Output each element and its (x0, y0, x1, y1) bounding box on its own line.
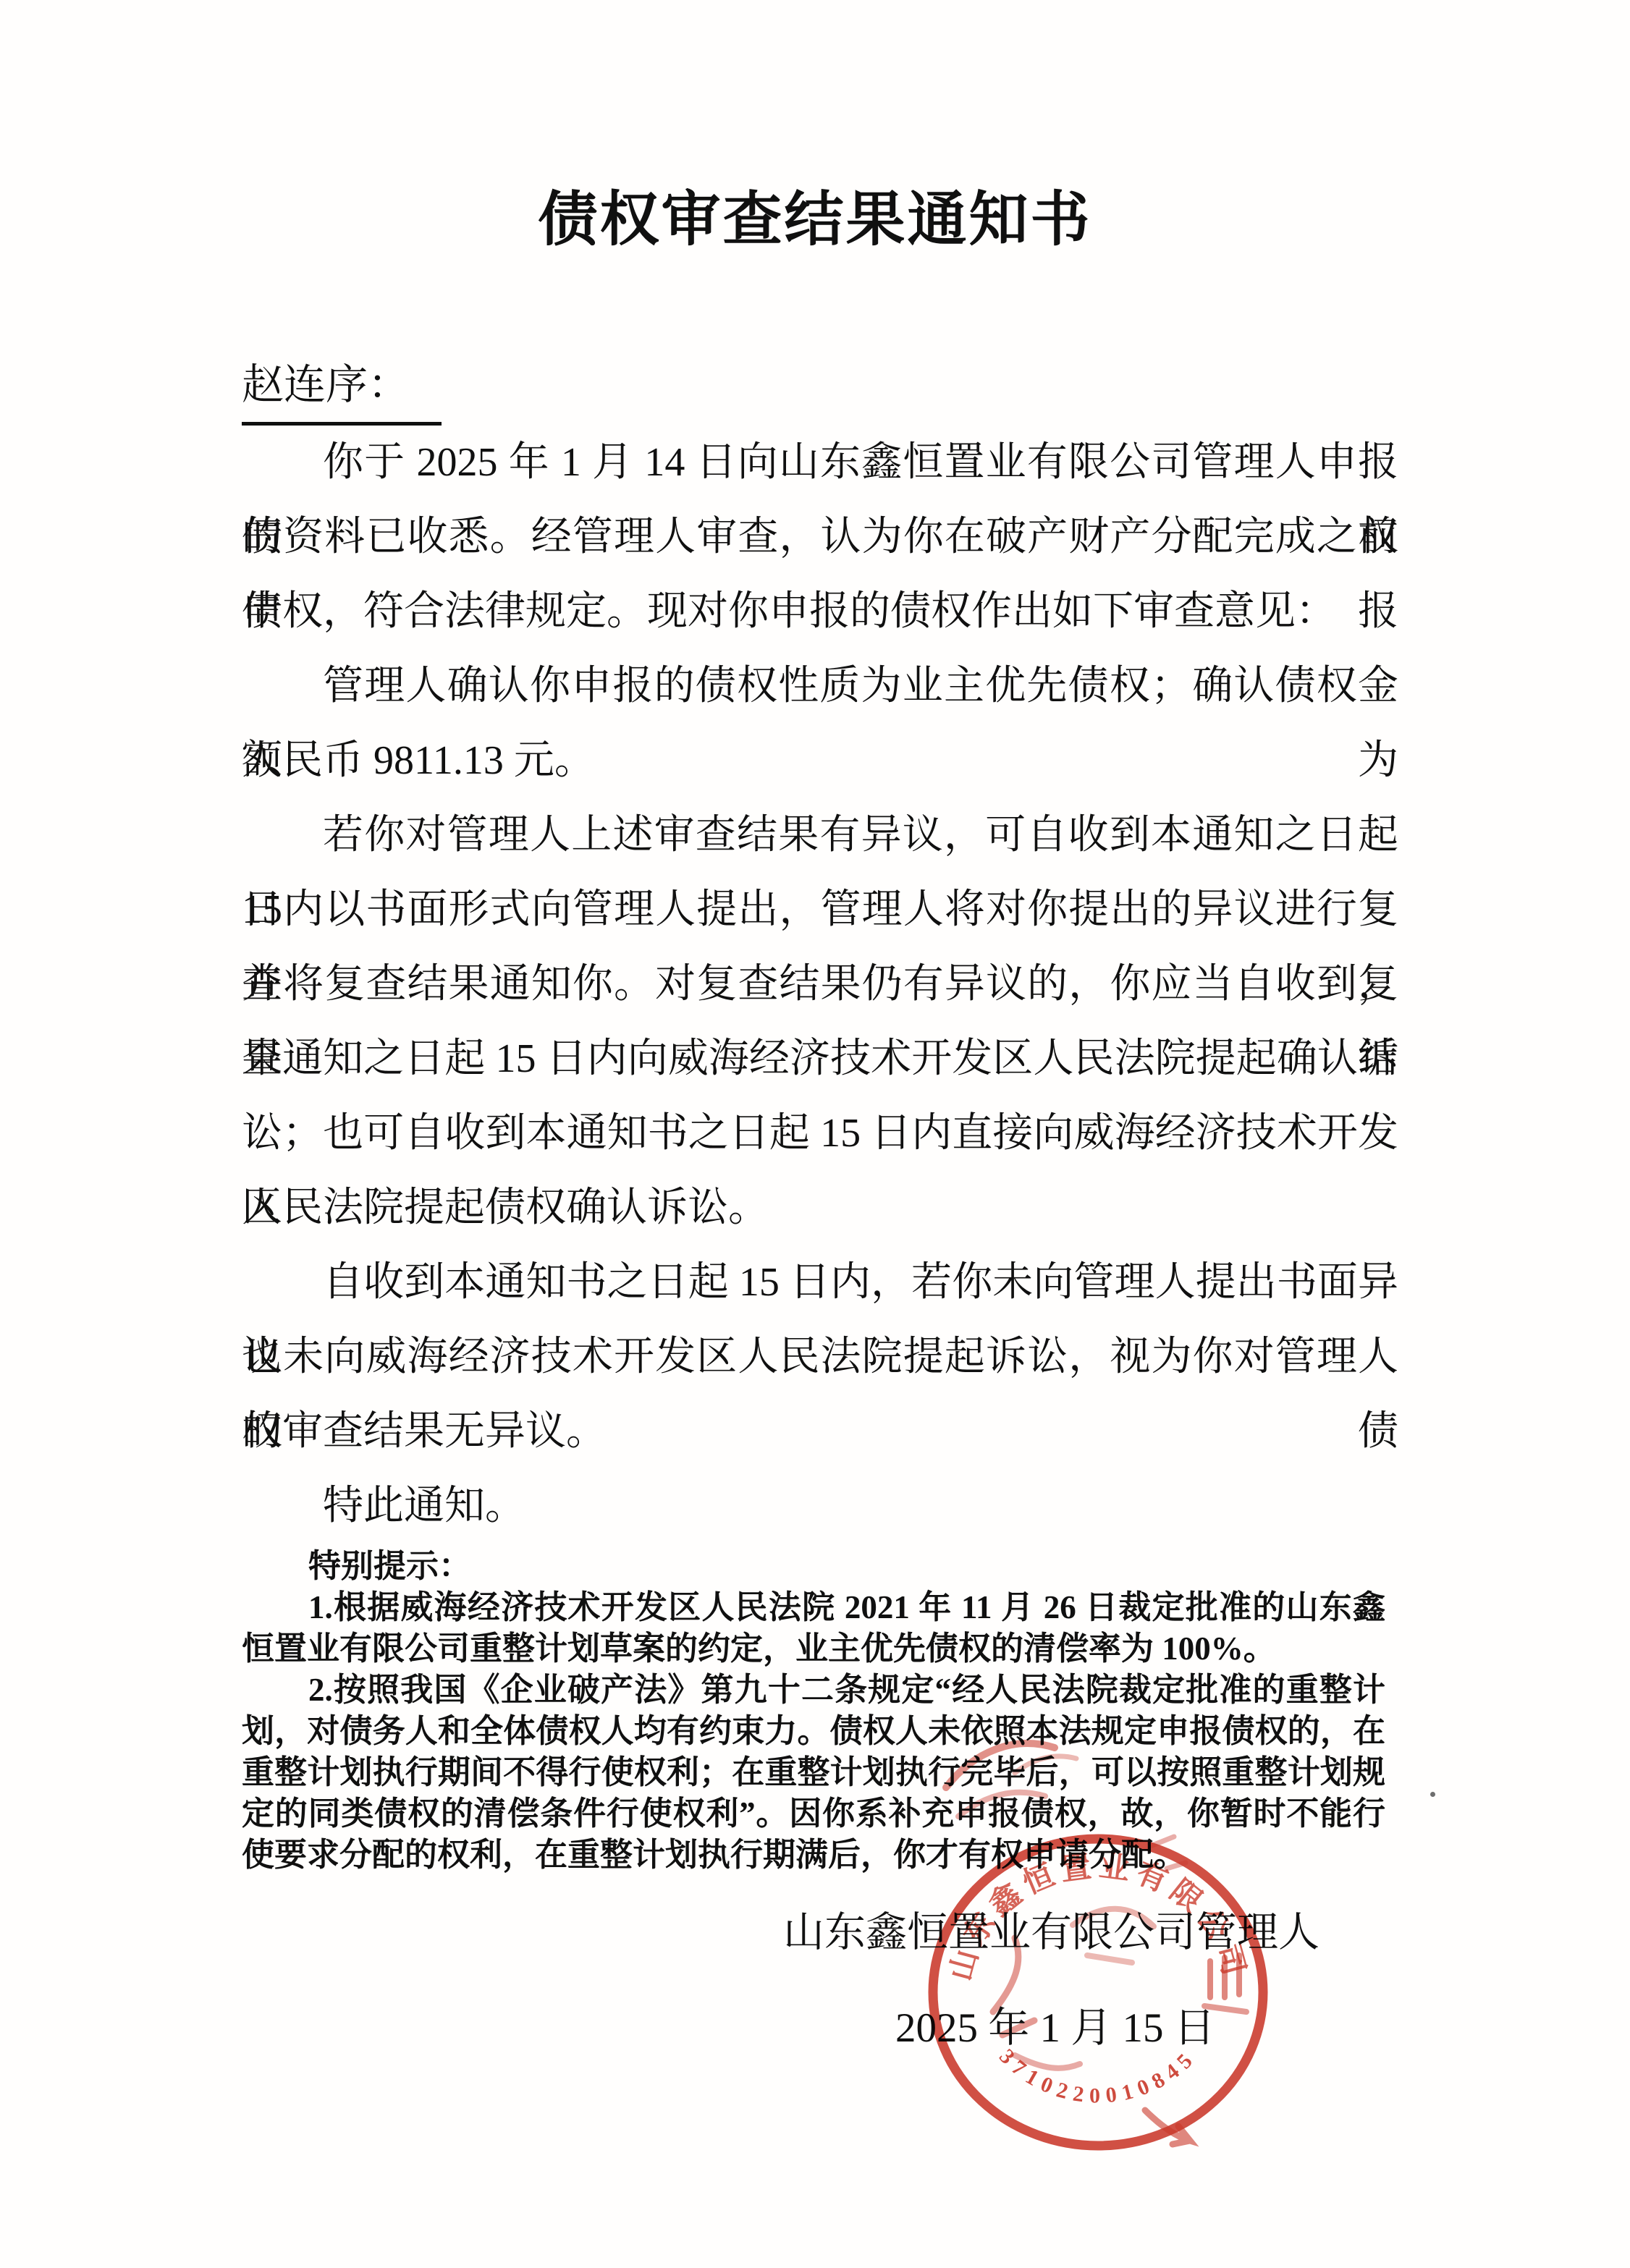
text-line: 也未向威海经济技术开发区人民法院提起诉讼，视为你对管理人的债 (242, 1320, 1398, 1395)
text-line: 1.根据威海经济技术开发区人民法院 2021 年 11 月 26 日裁定批准的山… (242, 1587, 1385, 1628)
seal-serial-number: 3710220010845 (995, 2044, 1202, 2107)
text-line: 恒置业有限公司重整计划草案的约定，业主优先债权的清偿率为 100%。 (242, 1628, 1385, 1670)
body-text: 你于 2025 年 1 月 14 日向山东鑫恒置业有限公司管理人申报债权的资料已… (242, 426, 1398, 1544)
text-line: 你于 2025 年 1 月 14 日向山东鑫恒置业有限公司管理人申报债权 (242, 426, 1398, 500)
salutation-name: 赵连序： (242, 347, 442, 426)
text-line: 的资料已收悉。经管理人审查，认为你在破产财产分配完成之前申报 (242, 500, 1398, 575)
document-page: 债权审查结果通知书 赵连序： 你于 2025 年 1 月 14 日向山东鑫恒置业… (0, 0, 1630, 2268)
text-line: 并将复查结果通知你。对复查结果仍有异议的，你应当自收到复查结 (242, 947, 1398, 1022)
text-line: 自收到本通知书之日起 15 日内，若你未向管理人提出书面异议 (242, 1245, 1398, 1320)
text-line: 果通知之日起 15 日内向威海经济技术开发区人民法院提起确认诉 (242, 1022, 1398, 1096)
scan-speck (1430, 1792, 1435, 1797)
text-line: 人民法院提起债权确认诉讼。 (242, 1171, 1398, 1245)
text-line: 管理人确认你申报的债权性质为业主优先债权；确认债权金额为 (242, 649, 1398, 724)
text-line: 若你对管理人上述审查结果有异议，可自收到本通知之日起 15 (242, 798, 1398, 873)
text-line: 2.按照我国《企业破产法》第九十二条规定“经人民法院裁定批准的重整计 (242, 1670, 1385, 1711)
text-line: 日内以书面形式向管理人提出，管理人将对你提出的异议进行复查， (242, 873, 1398, 947)
document-title: 债权审查结果通知书 (0, 172, 1630, 257)
text-line: 特此通知。 (242, 1469, 1398, 1544)
salutation: 赵连序： (242, 347, 442, 426)
text-line: 讼；也可自收到本通知书之日起 15 日内直接向威海经济技术开发区 (242, 1096, 1398, 1171)
text-line: 债权，符合法律规定。现对你申报的债权作出如下审查意见： (242, 575, 1398, 649)
seal-smear-strokes (946, 1743, 1076, 1816)
text-line: 特别提示： (242, 1546, 1385, 1587)
official-seal: 山东鑫恒置业有限公司 3710220010845 (906, 1708, 1290, 2200)
